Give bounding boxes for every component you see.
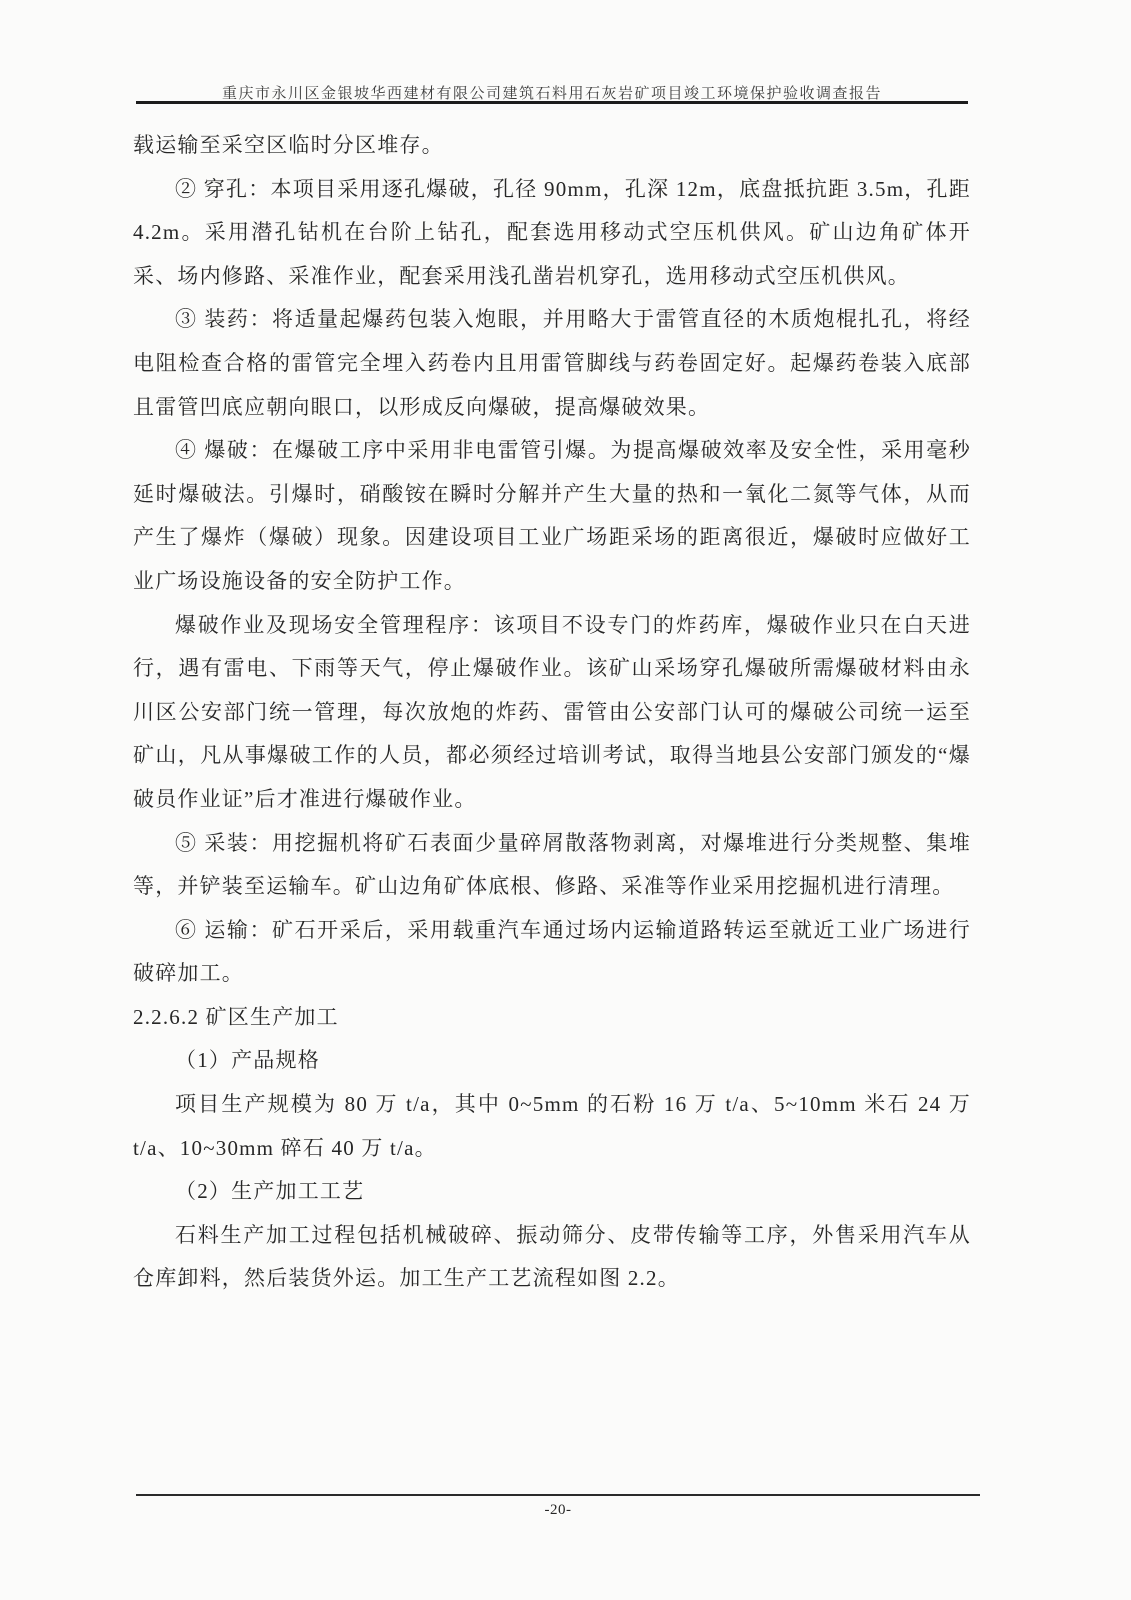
- paragraph-step3-charging: ③ 装药：将适量起爆药包装入炮眼，并用略大于雷管直径的木质炮棍扎孔，将经电阻检查…: [133, 298, 971, 429]
- page-number: -20-: [545, 1502, 572, 1518]
- paragraph-step2-drilling: ② 穿孔：本项目采用逐孔爆破，孔径 90mm，孔深 12m，底盘抵抗距 3.5m…: [133, 168, 971, 299]
- paragraph-step6-transport: ⑥ 运输：矿石开采后，采用载重汽车通过场内运输道路转运至就近工业广场进行破碎加工…: [133, 909, 971, 996]
- page-footer: -20-: [136, 1502, 980, 1519]
- paragraph-continuation: 载运输至采空区临时分区堆存。: [133, 124, 971, 168]
- paragraph-processing-description: 石料生产加工过程包括机械破碎、振动筛分、皮带传输等工序，外售采用汽车从仓库卸料，…: [133, 1214, 971, 1301]
- document-body: 载运输至采空区临时分区堆存。 ② 穿孔：本项目采用逐孔爆破，孔径 90mm，孔深…: [133, 124, 971, 1301]
- paragraph-production-scale: 项目生产规模为 80 万 t/a，其中 0~5mm 的石粉 16 万 t/a、5…: [133, 1083, 971, 1170]
- footer-rule: [136, 1494, 980, 1496]
- subheading-processing-technique: （2）生产加工工艺: [133, 1170, 971, 1214]
- header-rule: [136, 101, 968, 104]
- document-page: 重庆市永川区金银坡华西建材有限公司建筑石料用石灰岩矿项目竣工环境保护验收调查报告…: [0, 0, 1131, 1600]
- paragraph-step5-loading: ⑤ 采装：用挖掘机将矿石表面少量碎屑散落物剥离，对爆堆进行分类规整、集堆等，并铲…: [133, 822, 971, 909]
- header-title: 重庆市永川区金银坡华西建材有限公司建筑石料用石灰岩矿项目竣工环境保护验收调查报告: [136, 82, 968, 103]
- paragraph-step4-blasting: ④ 爆破：在爆破工序中采用非电雷管引爆。为提高爆破效率及安全性，采用毫秒延时爆破…: [133, 429, 971, 603]
- subheading-product-spec: （1）产品规格: [133, 1039, 971, 1083]
- section-heading-mining-production: 2.2.6.2 矿区生产加工: [133, 996, 971, 1040]
- paragraph-blasting-safety-procedure: 爆破作业及现场安全管理程序：该项目不设专门的炸药库，爆破作业只在白天进行，遇有雷…: [133, 604, 971, 822]
